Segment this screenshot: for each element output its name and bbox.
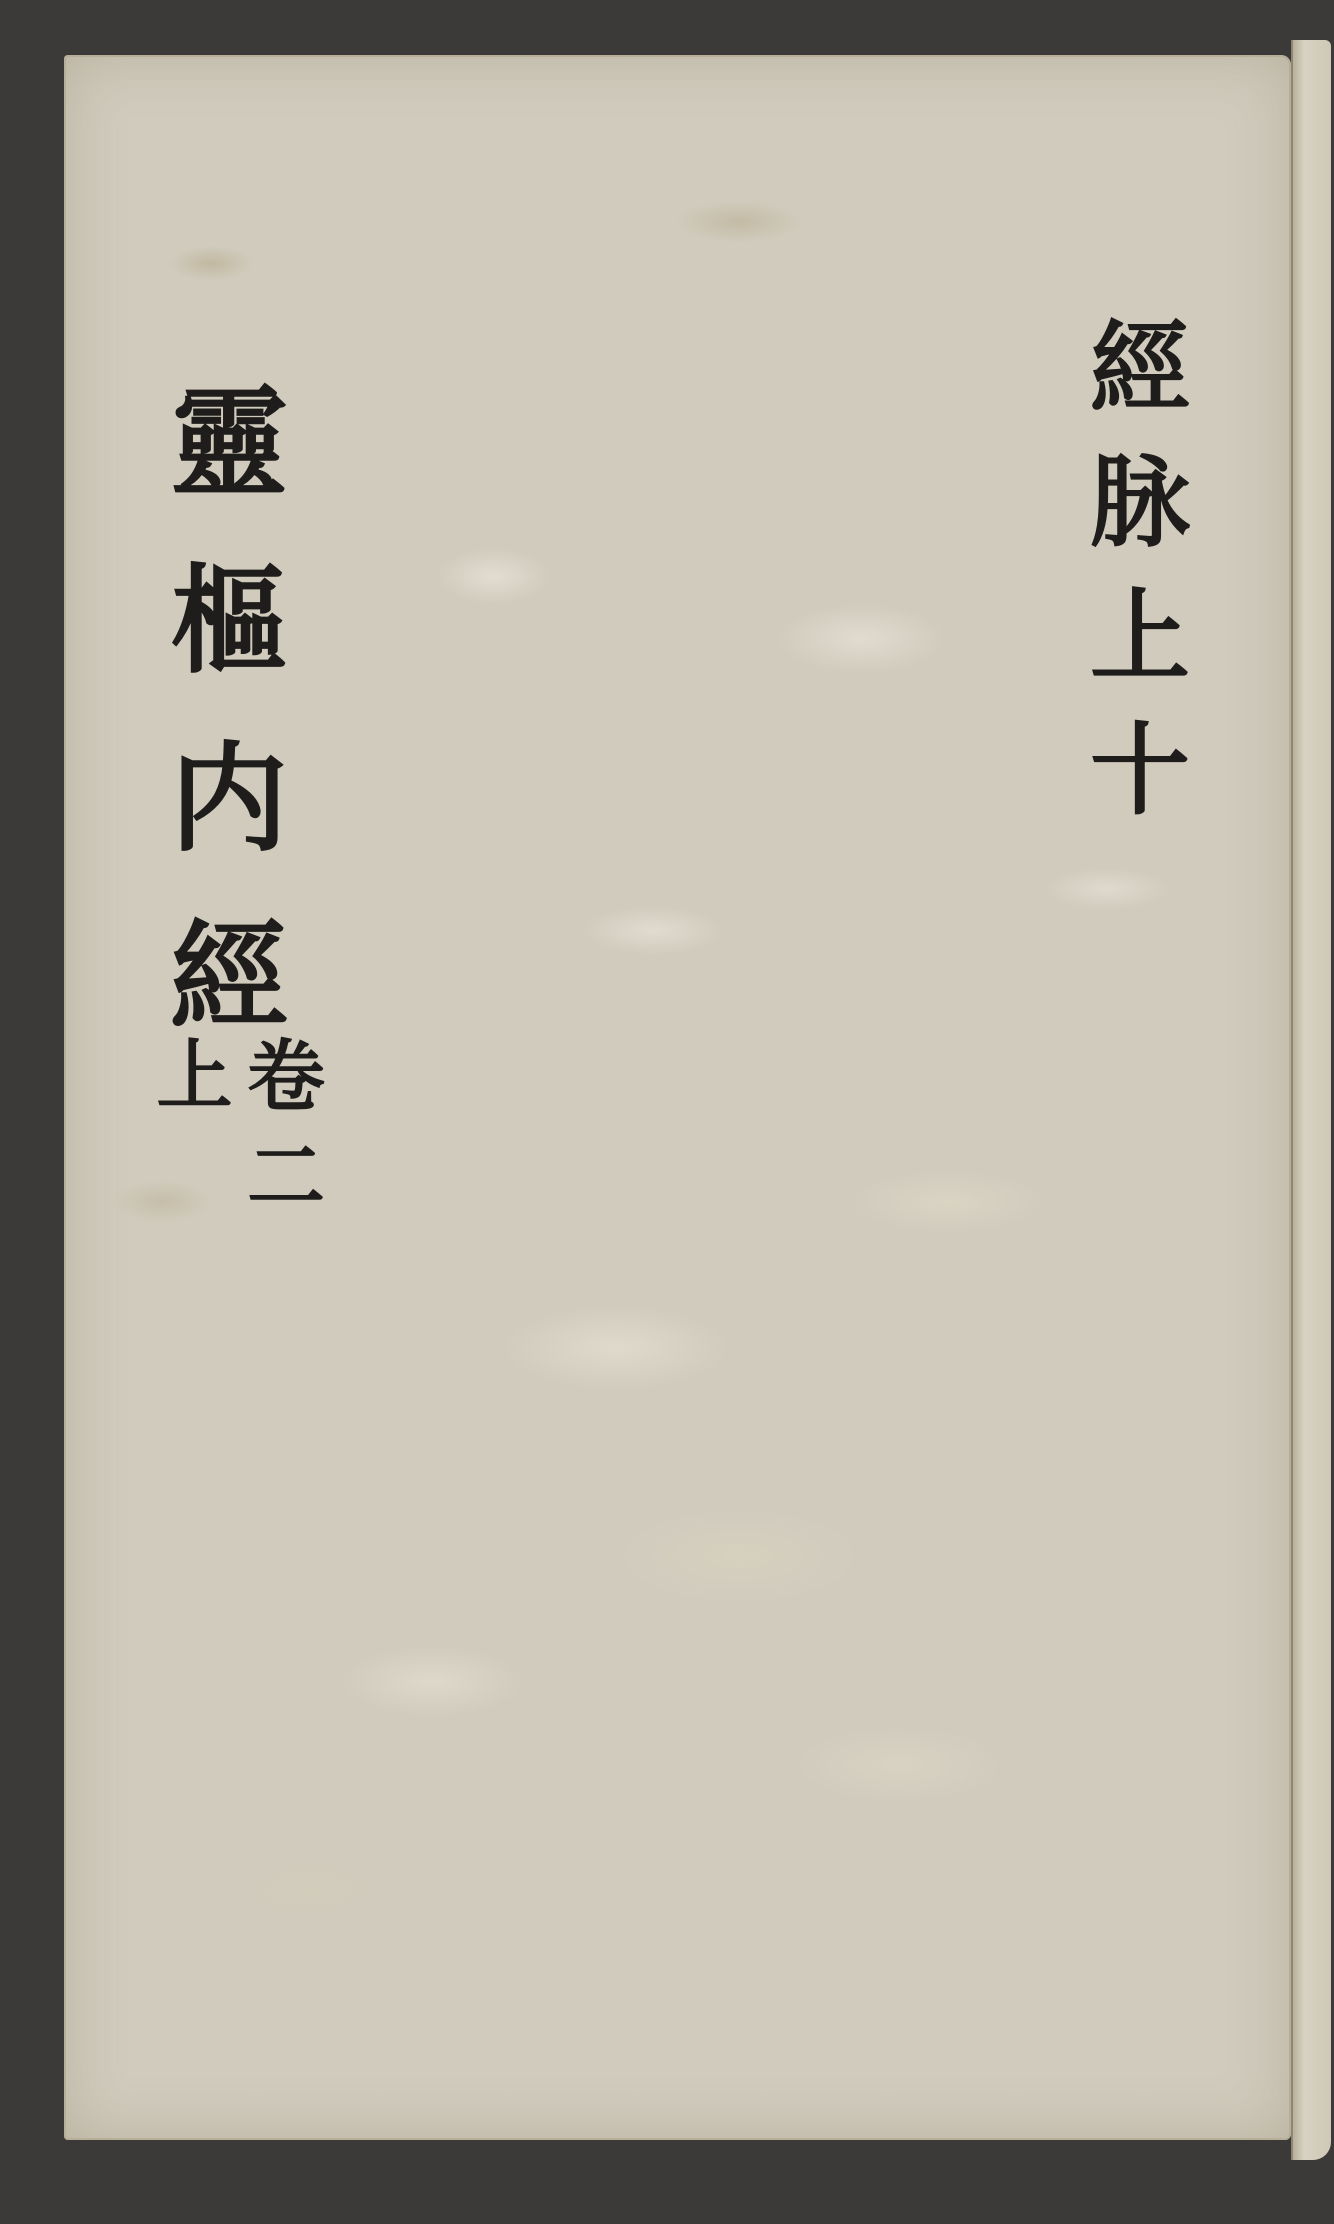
chapter-label: 經脉上十 (1082, 315, 1182, 851)
volume-number: 卷二 (240, 1035, 318, 1235)
book-spine-fold (1291, 40, 1331, 2160)
book-title: 靈樞内經 (160, 380, 278, 1092)
volume-part: 上 (150, 1035, 226, 1111)
